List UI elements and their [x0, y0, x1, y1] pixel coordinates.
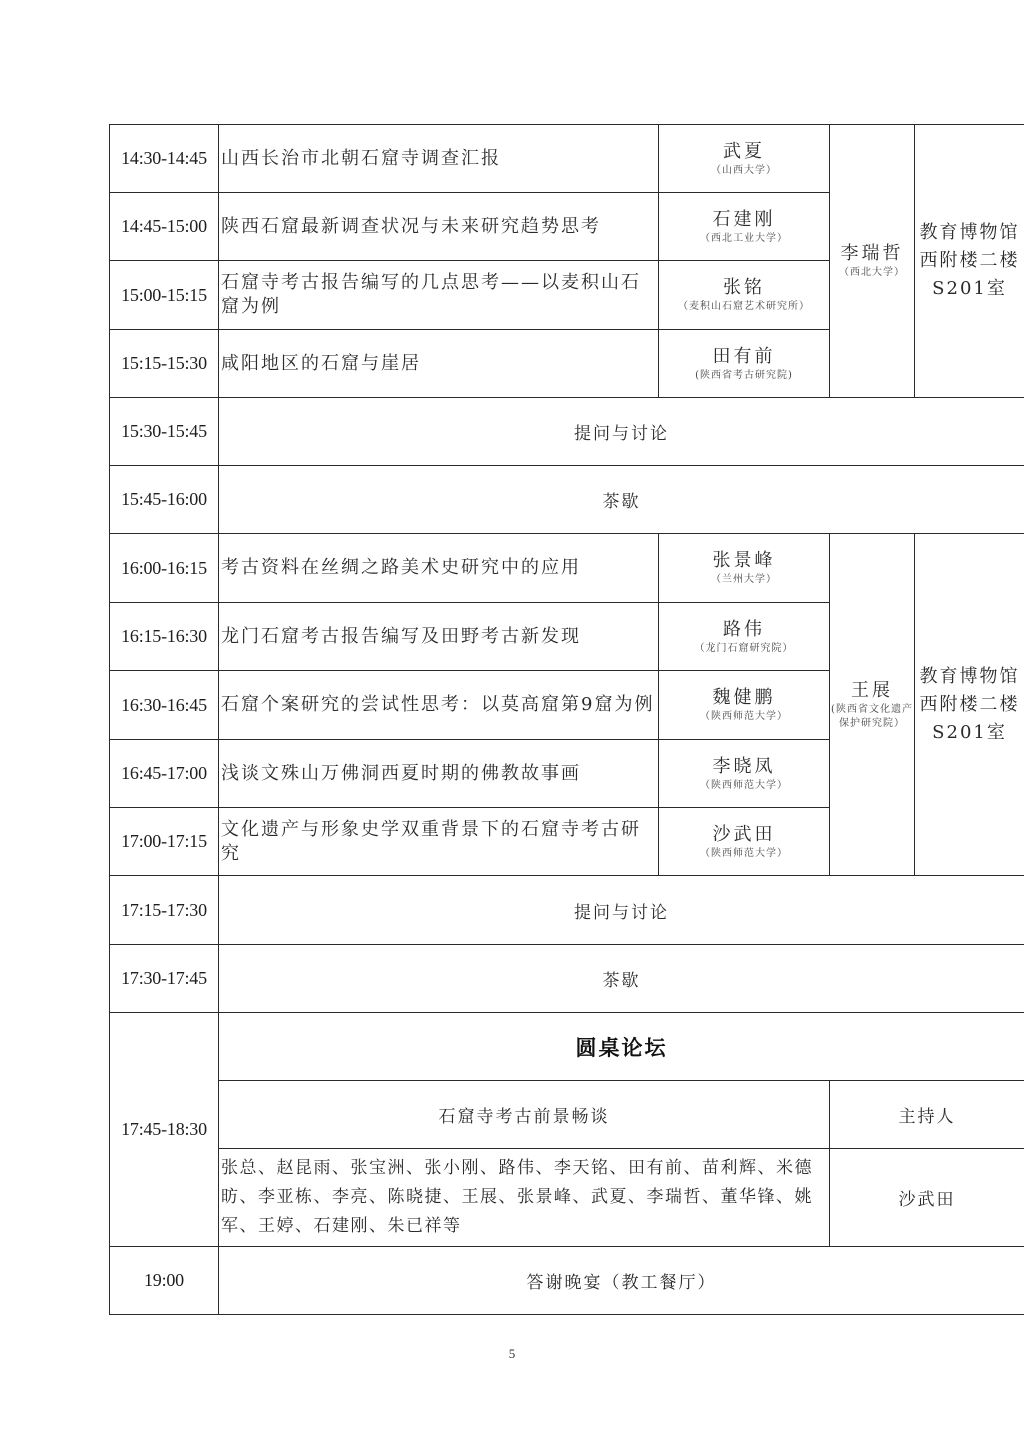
time-cell: 16:00-16:15 — [110, 534, 219, 603]
time-cell: 17:45-18:30 — [110, 1013, 219, 1247]
roundtable-participants: 张总、赵昆雨、张宝洲、张小刚、路伟、李天铭、田有前、苗利辉、米德昉、李亚栋、李亮… — [219, 1149, 830, 1247]
venue-line: 西附楼二楼 — [915, 691, 1024, 719]
talk-title: 石窟个案研究的尝试性思考：以莫高窟第9窟为例 — [219, 671, 659, 740]
schedule-row: 14:30-14:45 山西长治市北朝石窟寺调查汇报 武夏 （山西大学） 李瑞哲… — [110, 125, 1024, 193]
talk-title: 考古资料在丝绸之路美术史研究中的应用 — [219, 534, 659, 603]
speaker-affiliation: （西北工业大学） — [659, 232, 829, 246]
speaker-affiliation: （陕西师范大学） — [659, 710, 829, 724]
discussion-row: 17:15-17:30 提问与讨论 — [110, 876, 1024, 945]
time-cell: 16:30-16:45 — [110, 671, 219, 740]
time-cell: 15:45-16:00 — [110, 466, 219, 534]
time-cell: 14:45-15:00 — [110, 193, 219, 261]
speaker-cell: 武夏 （山西大学） — [659, 125, 830, 193]
roundtable-topic: 石窟寺考古前景畅谈 — [219, 1081, 830, 1149]
venue-cell: 教育博物馆 西附楼二楼 S201室 — [915, 125, 1024, 398]
chair-affiliation: (陕西省文化遗产保护研究院） — [830, 703, 914, 731]
talk-title: 山西长治市北朝石窟寺调查汇报 — [219, 125, 659, 193]
time-cell: 17:15-17:30 — [110, 876, 219, 945]
chair-affiliation: （西北大学） — [830, 266, 914, 280]
talk-title: 石窟寺考古报告编写的几点思考——以麦积山石窟为例 — [219, 261, 659, 330]
speaker-cell: 魏健鹏 （陕西师范大学） — [659, 671, 830, 740]
talk-title: 龙门石窟考古报告编写及田野考古新发现 — [219, 603, 659, 671]
tea-break-row: 17:30-17:45 茶歇 — [110, 945, 1024, 1013]
speaker-affiliation: （兰州大学） — [659, 573, 829, 587]
talk-title: 浅谈文殊山万佛洞西夏时期的佛教故事画 — [219, 740, 659, 808]
roundtable-heading-row: 17:45-18:30 圆桌论坛 — [110, 1013, 1024, 1081]
speaker-affiliation: （麦积山石窟艺术研究所） — [659, 300, 829, 314]
venue-line: S201室 — [915, 719, 1024, 747]
time-cell: 15:00-15:15 — [110, 261, 219, 330]
speaker-name: 武夏 — [659, 140, 829, 164]
speaker-name: 魏健鹏 — [659, 686, 829, 710]
talk-title: 咸阳地区的石窟与崖居 — [219, 330, 659, 398]
session-chair-cell: 王展 (陕西省文化遗产保护研究院） — [830, 534, 915, 876]
tea-break-label: 茶歇 — [219, 945, 1024, 1013]
time-cell: 15:15-15:30 — [110, 330, 219, 398]
speaker-cell: 田有前 (陕西省考古研究院) — [659, 330, 830, 398]
roundtable-topic-row: 石窟寺考古前景畅谈 主持人 — [110, 1081, 1024, 1149]
tea-break-row: 15:45-16:00 茶歇 — [110, 466, 1024, 534]
speaker-cell: 沙武田 （陕西师范大学） — [659, 808, 830, 876]
venue-line: 教育博物馆 — [915, 219, 1024, 247]
time-cell: 17:00-17:15 — [110, 808, 219, 876]
roundtable-heading: 圆桌论坛 — [219, 1013, 1024, 1081]
venue-line: S201室 — [915, 275, 1024, 303]
dinner-label: 答谢晚宴（教工餐厅） — [219, 1247, 1024, 1315]
speaker-cell: 张铭 （麦积山石窟艺术研究所） — [659, 261, 830, 330]
speaker-cell: 李晓凤 （陕西师范大学） — [659, 740, 830, 808]
tea-break-label: 茶歇 — [219, 466, 1024, 534]
speaker-affiliation: （陕西师范大学） — [659, 779, 829, 793]
host-label: 主持人 — [830, 1081, 1024, 1149]
time-cell: 14:30-14:45 — [110, 125, 219, 193]
chair-name: 李瑞哲 — [830, 242, 914, 266]
speaker-name: 沙武田 — [659, 823, 829, 847]
speaker-cell: 石建刚 （西北工业大学） — [659, 193, 830, 261]
talk-title: 陕西石窟最新调查状况与未来研究趋势思考 — [219, 193, 659, 261]
talk-title: 文化遗产与形象史学双重背景下的石窟寺考古研究 — [219, 808, 659, 876]
speaker-name: 张铭 — [659, 276, 829, 300]
speaker-name: 李晓凤 — [659, 755, 829, 779]
speaker-affiliation: （陕西师范大学） — [659, 847, 829, 861]
page-number: 5 — [0, 1346, 1024, 1362]
speaker-cell: 张景峰 （兰州大学） — [659, 534, 830, 603]
schedule-table: 14:30-14:45 山西长治市北朝石窟寺调查汇报 武夏 （山西大学） 李瑞哲… — [109, 124, 1024, 1315]
speaker-cell: 路伟 （龙门石窟研究院） — [659, 603, 830, 671]
chair-name: 王展 — [830, 679, 914, 703]
speaker-name: 路伟 — [659, 618, 829, 642]
discussion-label: 提问与讨论 — [219, 398, 1024, 466]
venue-line: 教育博物馆 — [915, 663, 1024, 691]
speaker-name: 张景峰 — [659, 549, 829, 573]
dinner-row: 19:00 答谢晚宴（教工餐厅） — [110, 1247, 1024, 1315]
speaker-affiliation: (陕西省考古研究院) — [659, 369, 829, 383]
roundtable-host: 沙武田 — [830, 1149, 1024, 1247]
venue-cell: 教育博物馆 西附楼二楼 S201室 — [915, 534, 1024, 876]
time-cell: 17:30-17:45 — [110, 945, 219, 1013]
speaker-affiliation: （山西大学） — [659, 164, 829, 178]
session-chair-cell: 李瑞哲 （西北大学） — [830, 125, 915, 398]
discussion-label: 提问与讨论 — [219, 876, 1024, 945]
roundtable-participants-row: 张总、赵昆雨、张宝洲、张小刚、路伟、李天铭、田有前、苗利辉、米德昉、李亚栋、李亮… — [110, 1149, 1024, 1247]
time-cell: 16:45-17:00 — [110, 740, 219, 808]
schedule-row: 16:00-16:15 考古资料在丝绸之路美术史研究中的应用 张景峰 （兰州大学… — [110, 534, 1024, 603]
speaker-affiliation: （龙门石窟研究院） — [659, 642, 829, 656]
speaker-name: 田有前 — [659, 345, 829, 369]
time-cell: 16:15-16:30 — [110, 603, 219, 671]
venue-line: 西附楼二楼 — [915, 247, 1024, 275]
document-page: 14:30-14:45 山西长治市北朝石窟寺调查汇报 武夏 （山西大学） 李瑞哲… — [0, 0, 1024, 1448]
time-cell: 19:00 — [110, 1247, 219, 1315]
discussion-row: 15:30-15:45 提问与讨论 — [110, 398, 1024, 466]
speaker-name: 石建刚 — [659, 208, 829, 232]
time-cell: 15:30-15:45 — [110, 398, 219, 466]
